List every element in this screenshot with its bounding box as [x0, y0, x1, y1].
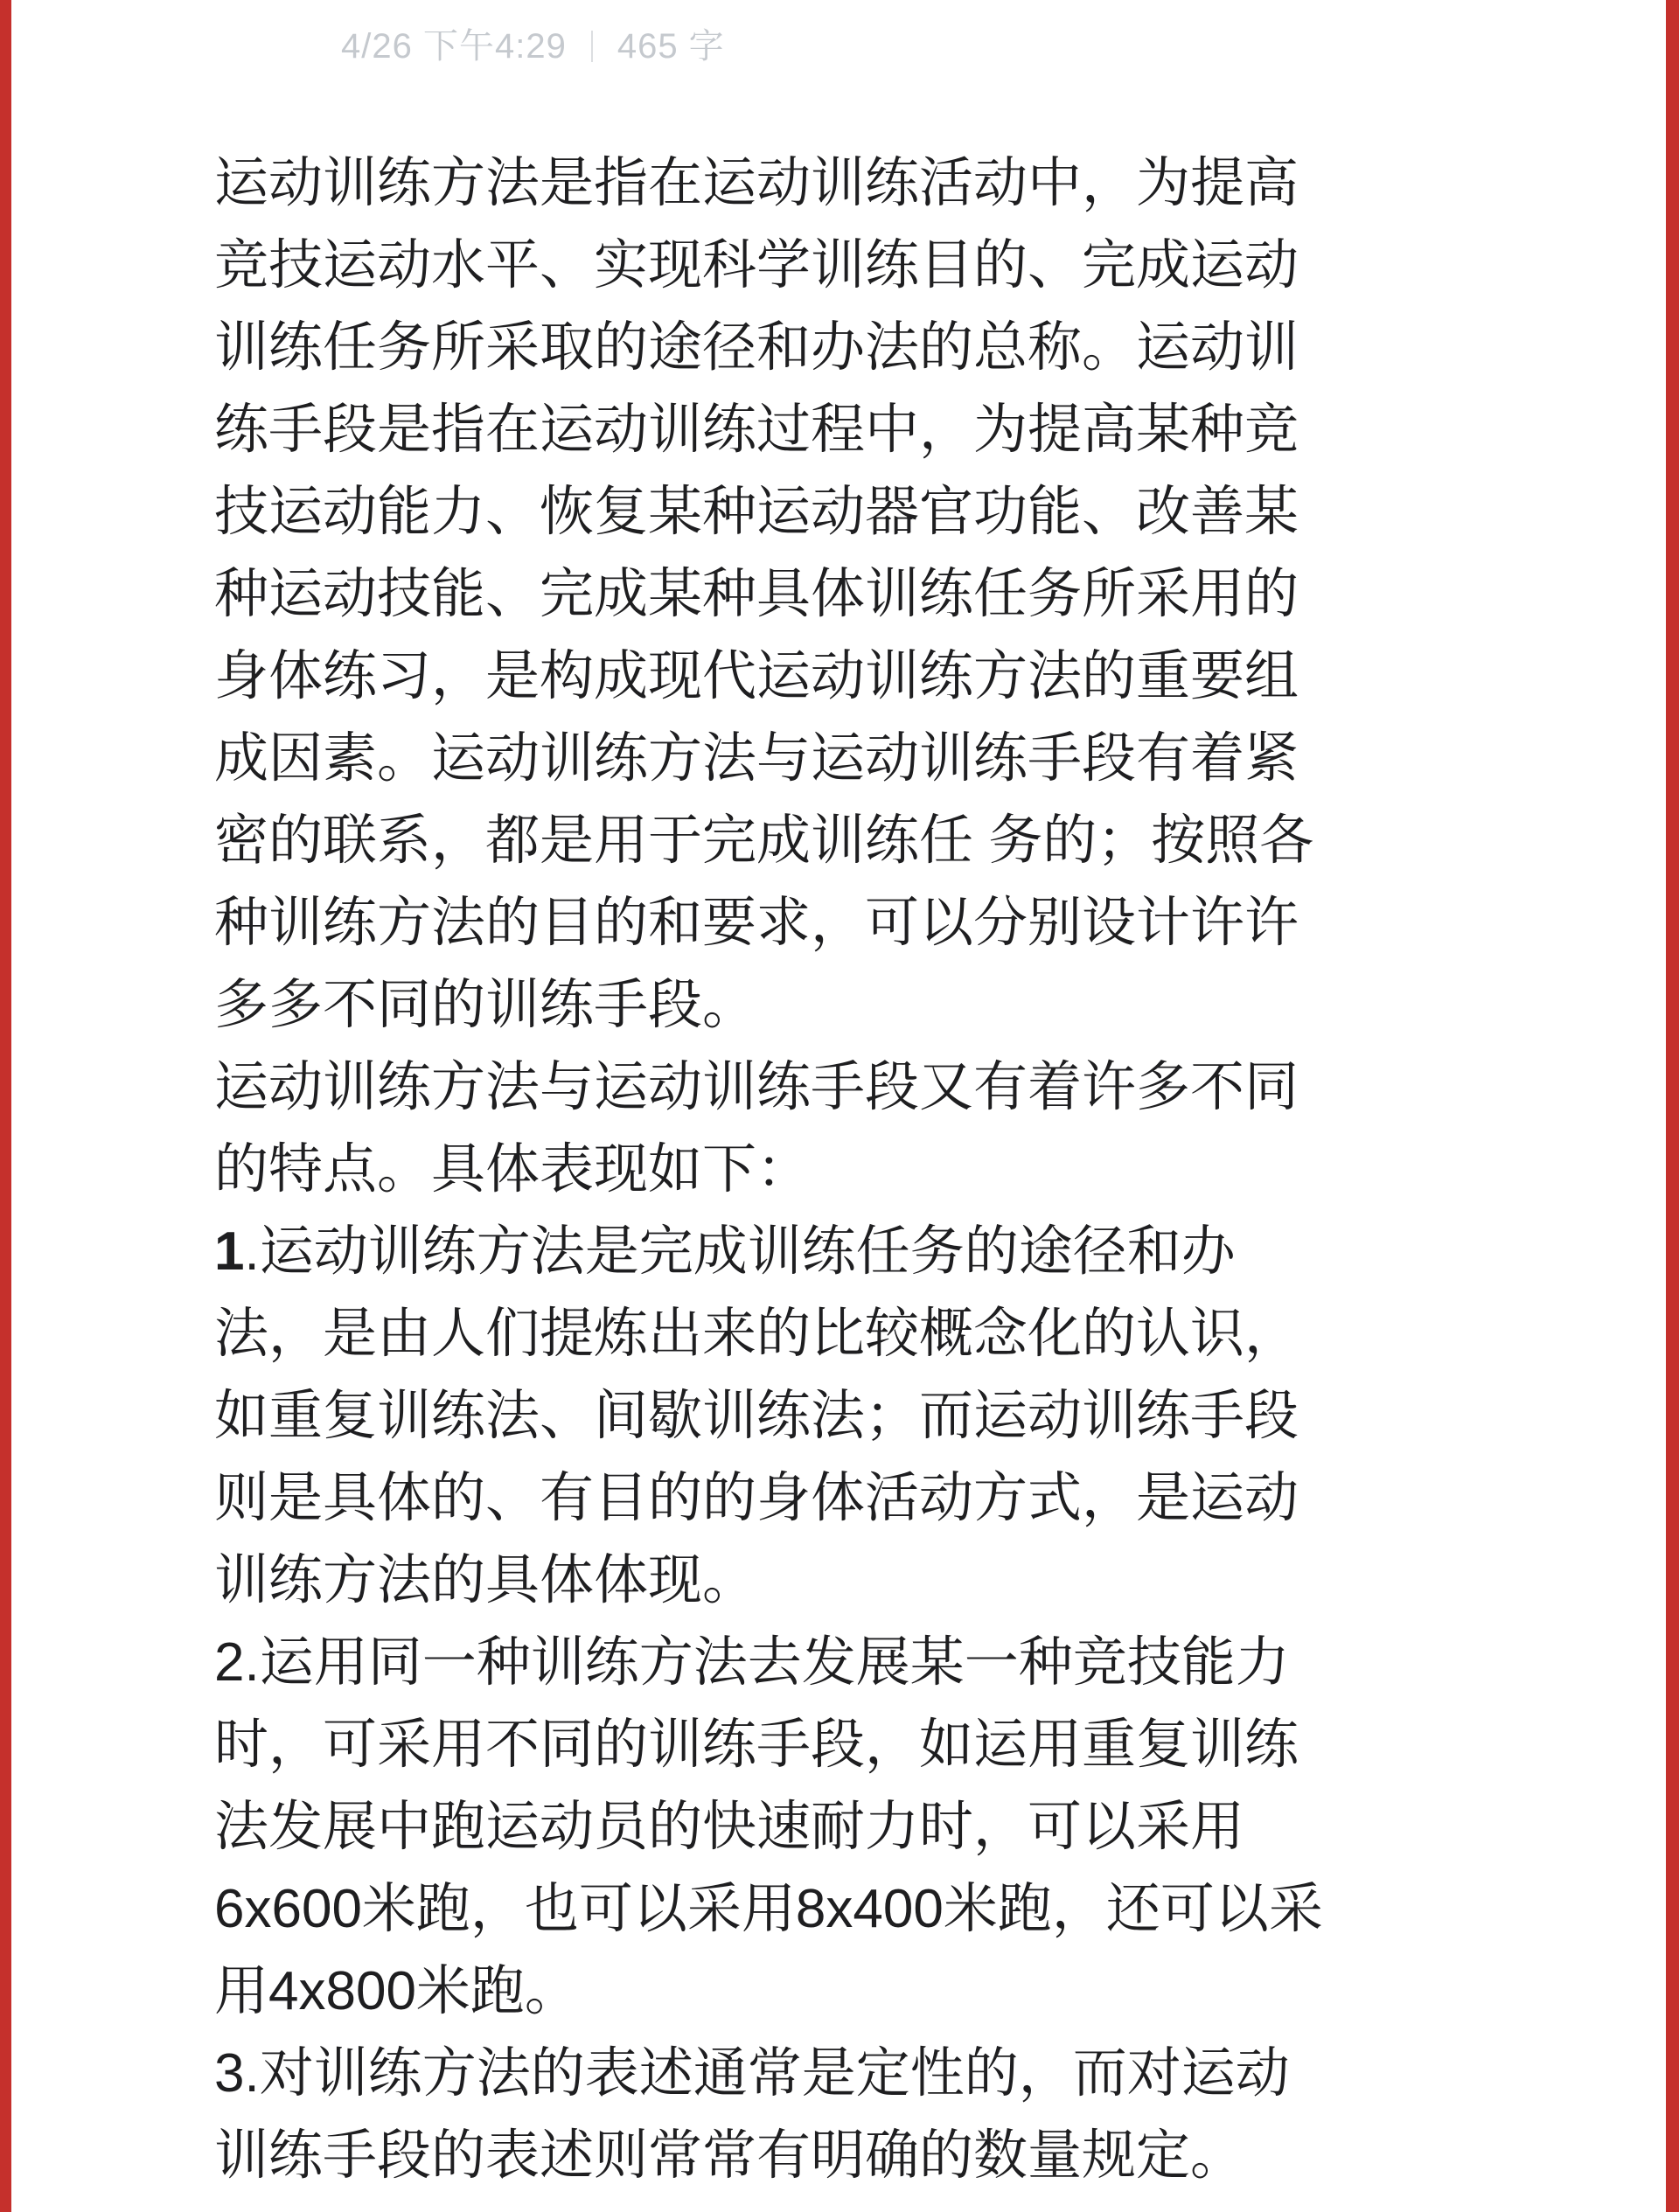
- text-line: 则是具体的、有目的的身体活动方式，是运动: [214, 1457, 1342, 1540]
- note-body[interactable]: 运动训练方法是指在运动训练活动中，为提高竞技运动水平、实现科学训练目的、完成运动…: [214, 143, 1342, 2197]
- text-line: 种运动技能、完成某种具体训练任务所采用的: [214, 553, 1342, 636]
- note-datetime: 4/26 下午4:29: [341, 29, 567, 64]
- text-line: 多多不同的训练手段。: [214, 964, 1342, 1047]
- text-line: 用4x800米跑。: [214, 1951, 1342, 2033]
- note-meta: 4/26 下午4:29 465 字: [341, 29, 725, 64]
- text-line: 法发展中跑运动员的快速耐力时，可以采用: [214, 1786, 1342, 1868]
- text-line: 的特点。具体表现如下：: [214, 1129, 1342, 1211]
- text-line: 技运动能力、恢复某种运动器官功能、改善某: [214, 471, 1342, 553]
- text-line: 练手段是指在运动训练过程中，为提高某种竞: [214, 389, 1342, 471]
- text-line: 成因素。运动训练方法与运动训练手段有着紧: [214, 718, 1342, 800]
- text-line: 密的联系，都是用于完成训练任 务的；按照各: [214, 800, 1342, 882]
- meta-separator: [591, 31, 593, 62]
- right-edge-strip: [1666, 0, 1679, 2212]
- text-line: 身体练习，是构成现代运动训练方法的重要组: [214, 636, 1342, 718]
- text-line: 训练手段的表述则常常有明确的数量规定。: [214, 2115, 1342, 2197]
- text-line: 6x600米跑，也可以采用8x400米跑，还可以采: [214, 1868, 1342, 1951]
- text-line: 1.运动训练方法是完成训练任务的途径和办: [214, 1211, 1342, 1293]
- text-line: 时，可采用不同的训练手段，如运用重复训练: [214, 1704, 1342, 1786]
- text-line: 运动训练方法是指在运动训练活动中，为提高: [214, 143, 1342, 225]
- text-line: 2.运用同一种训练方法去发展某一种竞技能力: [214, 1622, 1342, 1704]
- text-line: 运动训练方法与运动训练手段又有着许多不同: [214, 1047, 1342, 1129]
- text-line: 训练方法的具体体现。: [214, 1540, 1342, 1622]
- text-line: 竞技运动水平、实现科学训练目的、完成运动: [214, 225, 1342, 307]
- note-page: 4/26 下午4:29 465 字 运动训练方法是指在运动训练活动中，为提高竞技…: [0, 0, 1679, 2212]
- text-line: 种训练方法的目的和要求，可以分别设计许许: [214, 882, 1342, 964]
- text-line: 训练任务所采取的途径和办法的总称。运动训: [214, 307, 1342, 389]
- left-edge-strip: [0, 0, 11, 2212]
- text-line: 3.对训练方法的表述通常是定性的，而对运动: [214, 2033, 1342, 2115]
- bold-list-number: 1: [214, 1221, 244, 1282]
- note-word-count: 465 字: [617, 29, 725, 64]
- text-line: 法，是由人们提炼出来的比较概念化的认识，: [214, 1293, 1342, 1375]
- text-line: 如重复训练法、间歇训练法；而运动训练手段: [214, 1375, 1342, 1457]
